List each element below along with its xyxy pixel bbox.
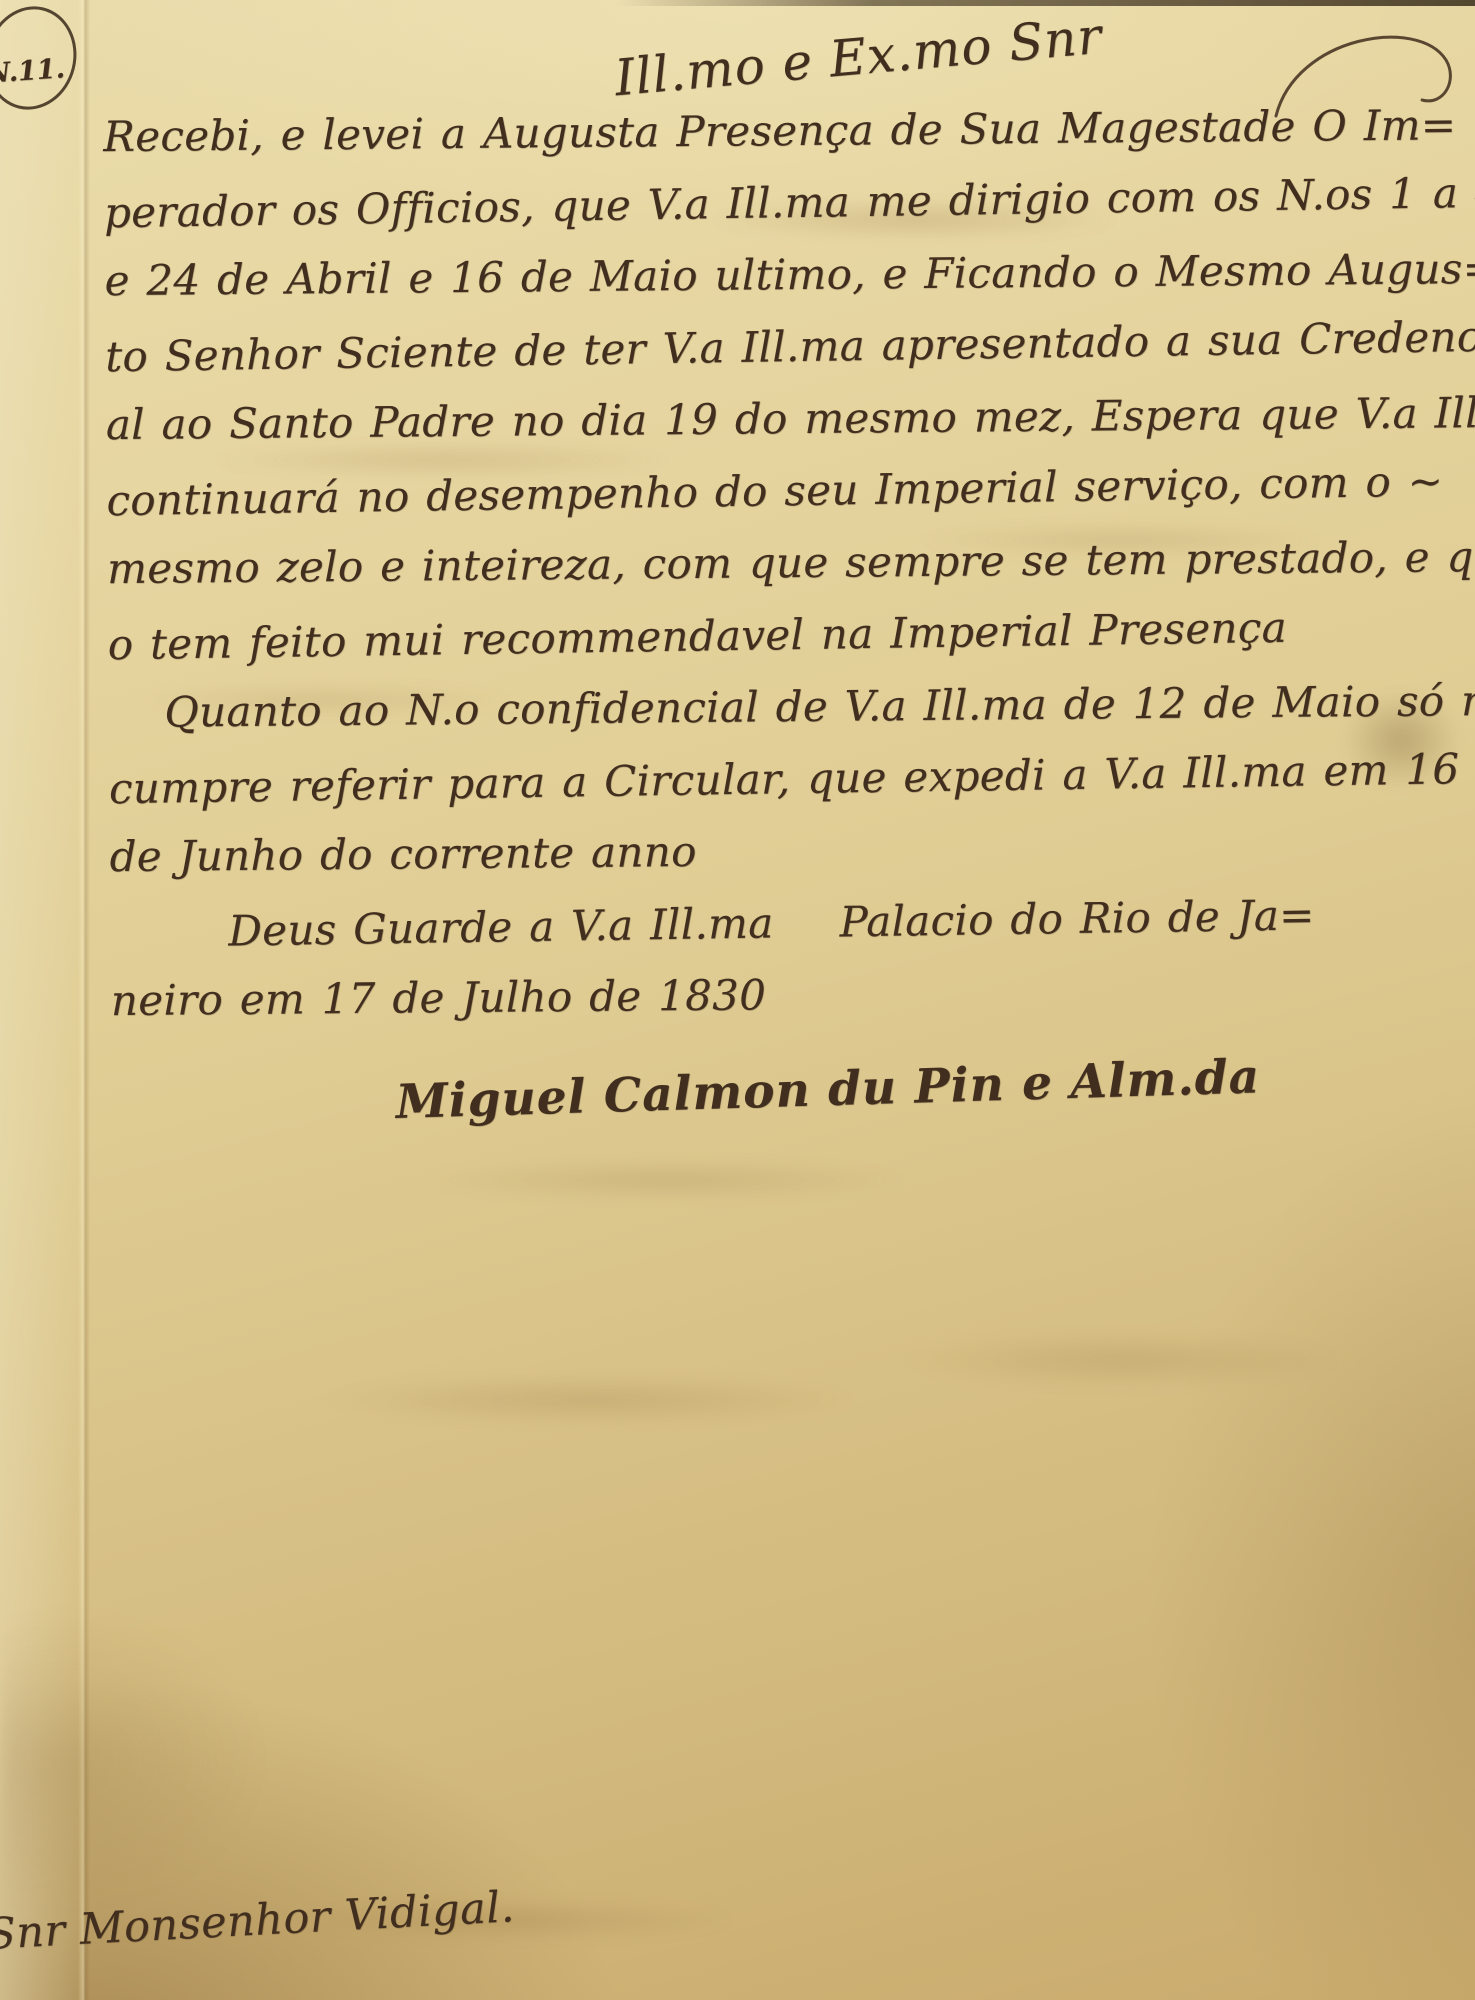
valediction: Deus Guarde a V.a Ill.ma bbox=[228, 887, 774, 967]
addressee: Snr Monsenhor Vidigal. bbox=[0, 1882, 516, 1960]
page-edge-shadow bbox=[615, 0, 1475, 6]
document-number: N.11. bbox=[0, 53, 66, 89]
place-line: Palacio do Rio de Ja= bbox=[839, 879, 1315, 958]
manuscript-page: N.11. Ill.mo e Ex.mo Snr Recebi, e levei… bbox=[0, 0, 1475, 2000]
letter-body: Recebi, e levei a Augusta Presença de Su… bbox=[0, 89, 1475, 1140]
signature: Miguel Calmon du Pin e Alm.da bbox=[111, 1029, 1475, 1154]
